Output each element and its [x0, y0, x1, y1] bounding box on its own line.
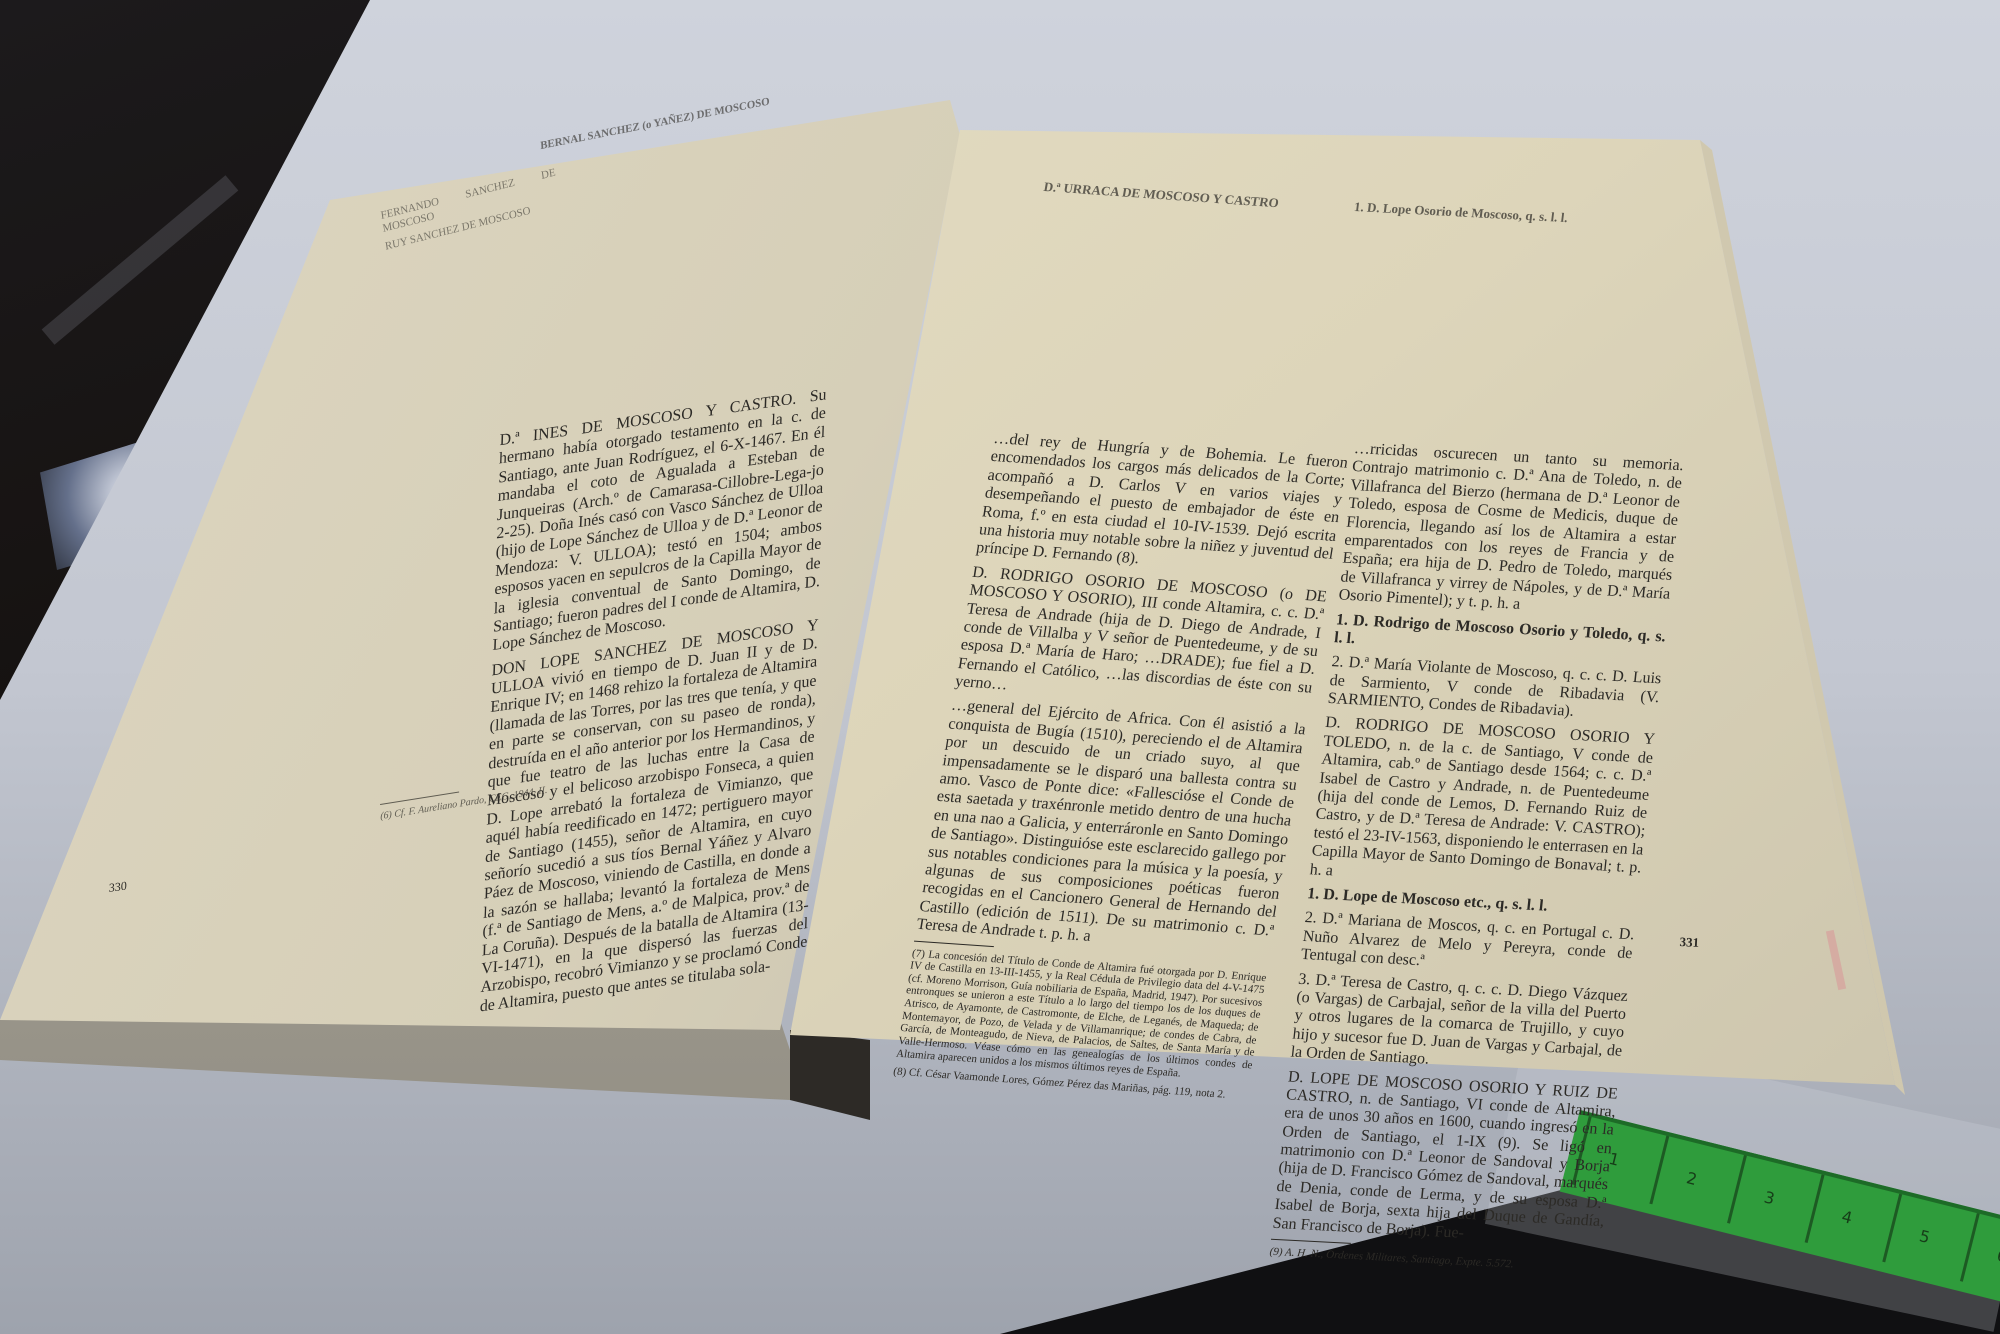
ruler-tick — [1649, 1136, 1669, 1205]
list-item: 2. D.ª Mariana de Moscos, q. c. en Portu… — [1300, 909, 1635, 981]
paragraph: …general del Ejército de Africa. Con él … — [915, 697, 1307, 959]
paragraph: …rricidas oscurecen un tanto su memoria.… — [1338, 440, 1685, 622]
list-item: 3. D.ª Teresa de Castro, q. c. c. D. Die… — [1290, 970, 1629, 1079]
ruler-number: 4 — [1840, 1207, 1854, 1228]
ruler-number: 2 — [1685, 1168, 1699, 1189]
paragraph: DON LOPE SANCHEZ DE MOSCOSO Y ULLOA vivi… — [480, 616, 819, 1017]
footnote: (7) La concesión del Título de Conde de … — [895, 947, 1267, 1085]
list-item: 2. D.ª María Violante de Moscoso, q. c. … — [1327, 653, 1662, 725]
footnote-rule — [1271, 1239, 1351, 1244]
ruler-tick — [1882, 1194, 1902, 1263]
paragraph: D. RODRIGO DE MOSCOSO OSORIO Y TOLEDO, n… — [1309, 714, 1656, 896]
paragraph: D. RODRIGO OSORIO DE MOSCOSO (o DE MOSCO… — [954, 564, 1328, 716]
ruler-tick — [1805, 1174, 1825, 1243]
ruler-number: 3 — [1762, 1187, 1776, 1208]
ruler-tick — [1960, 1213, 1980, 1282]
ruler-number: 6 — [1995, 1246, 2000, 1267]
paragraph: D.ª INES DE MOSCOSO Y CASTRO. Su hermano… — [492, 386, 827, 656]
footnote-rule — [914, 940, 994, 947]
page-number-right: 331 — [1679, 935, 1699, 951]
ruler-tick — [1727, 1155, 1747, 1224]
page-number-left: 330 — [108, 879, 128, 895]
paragraph: D. LOPE DE MOSCOSO OSORIO Y RUIZ DE CAST… — [1272, 1068, 1619, 1250]
ruler-number: 5 — [1917, 1226, 1931, 1247]
paragraph: …del rey de Hungría y de Bohemia. Le fue… — [975, 430, 1349, 582]
left-page-column-b: D.ª INES DE MOSCOSO Y CASTRO. Su hermano… — [479, 386, 826, 1023]
